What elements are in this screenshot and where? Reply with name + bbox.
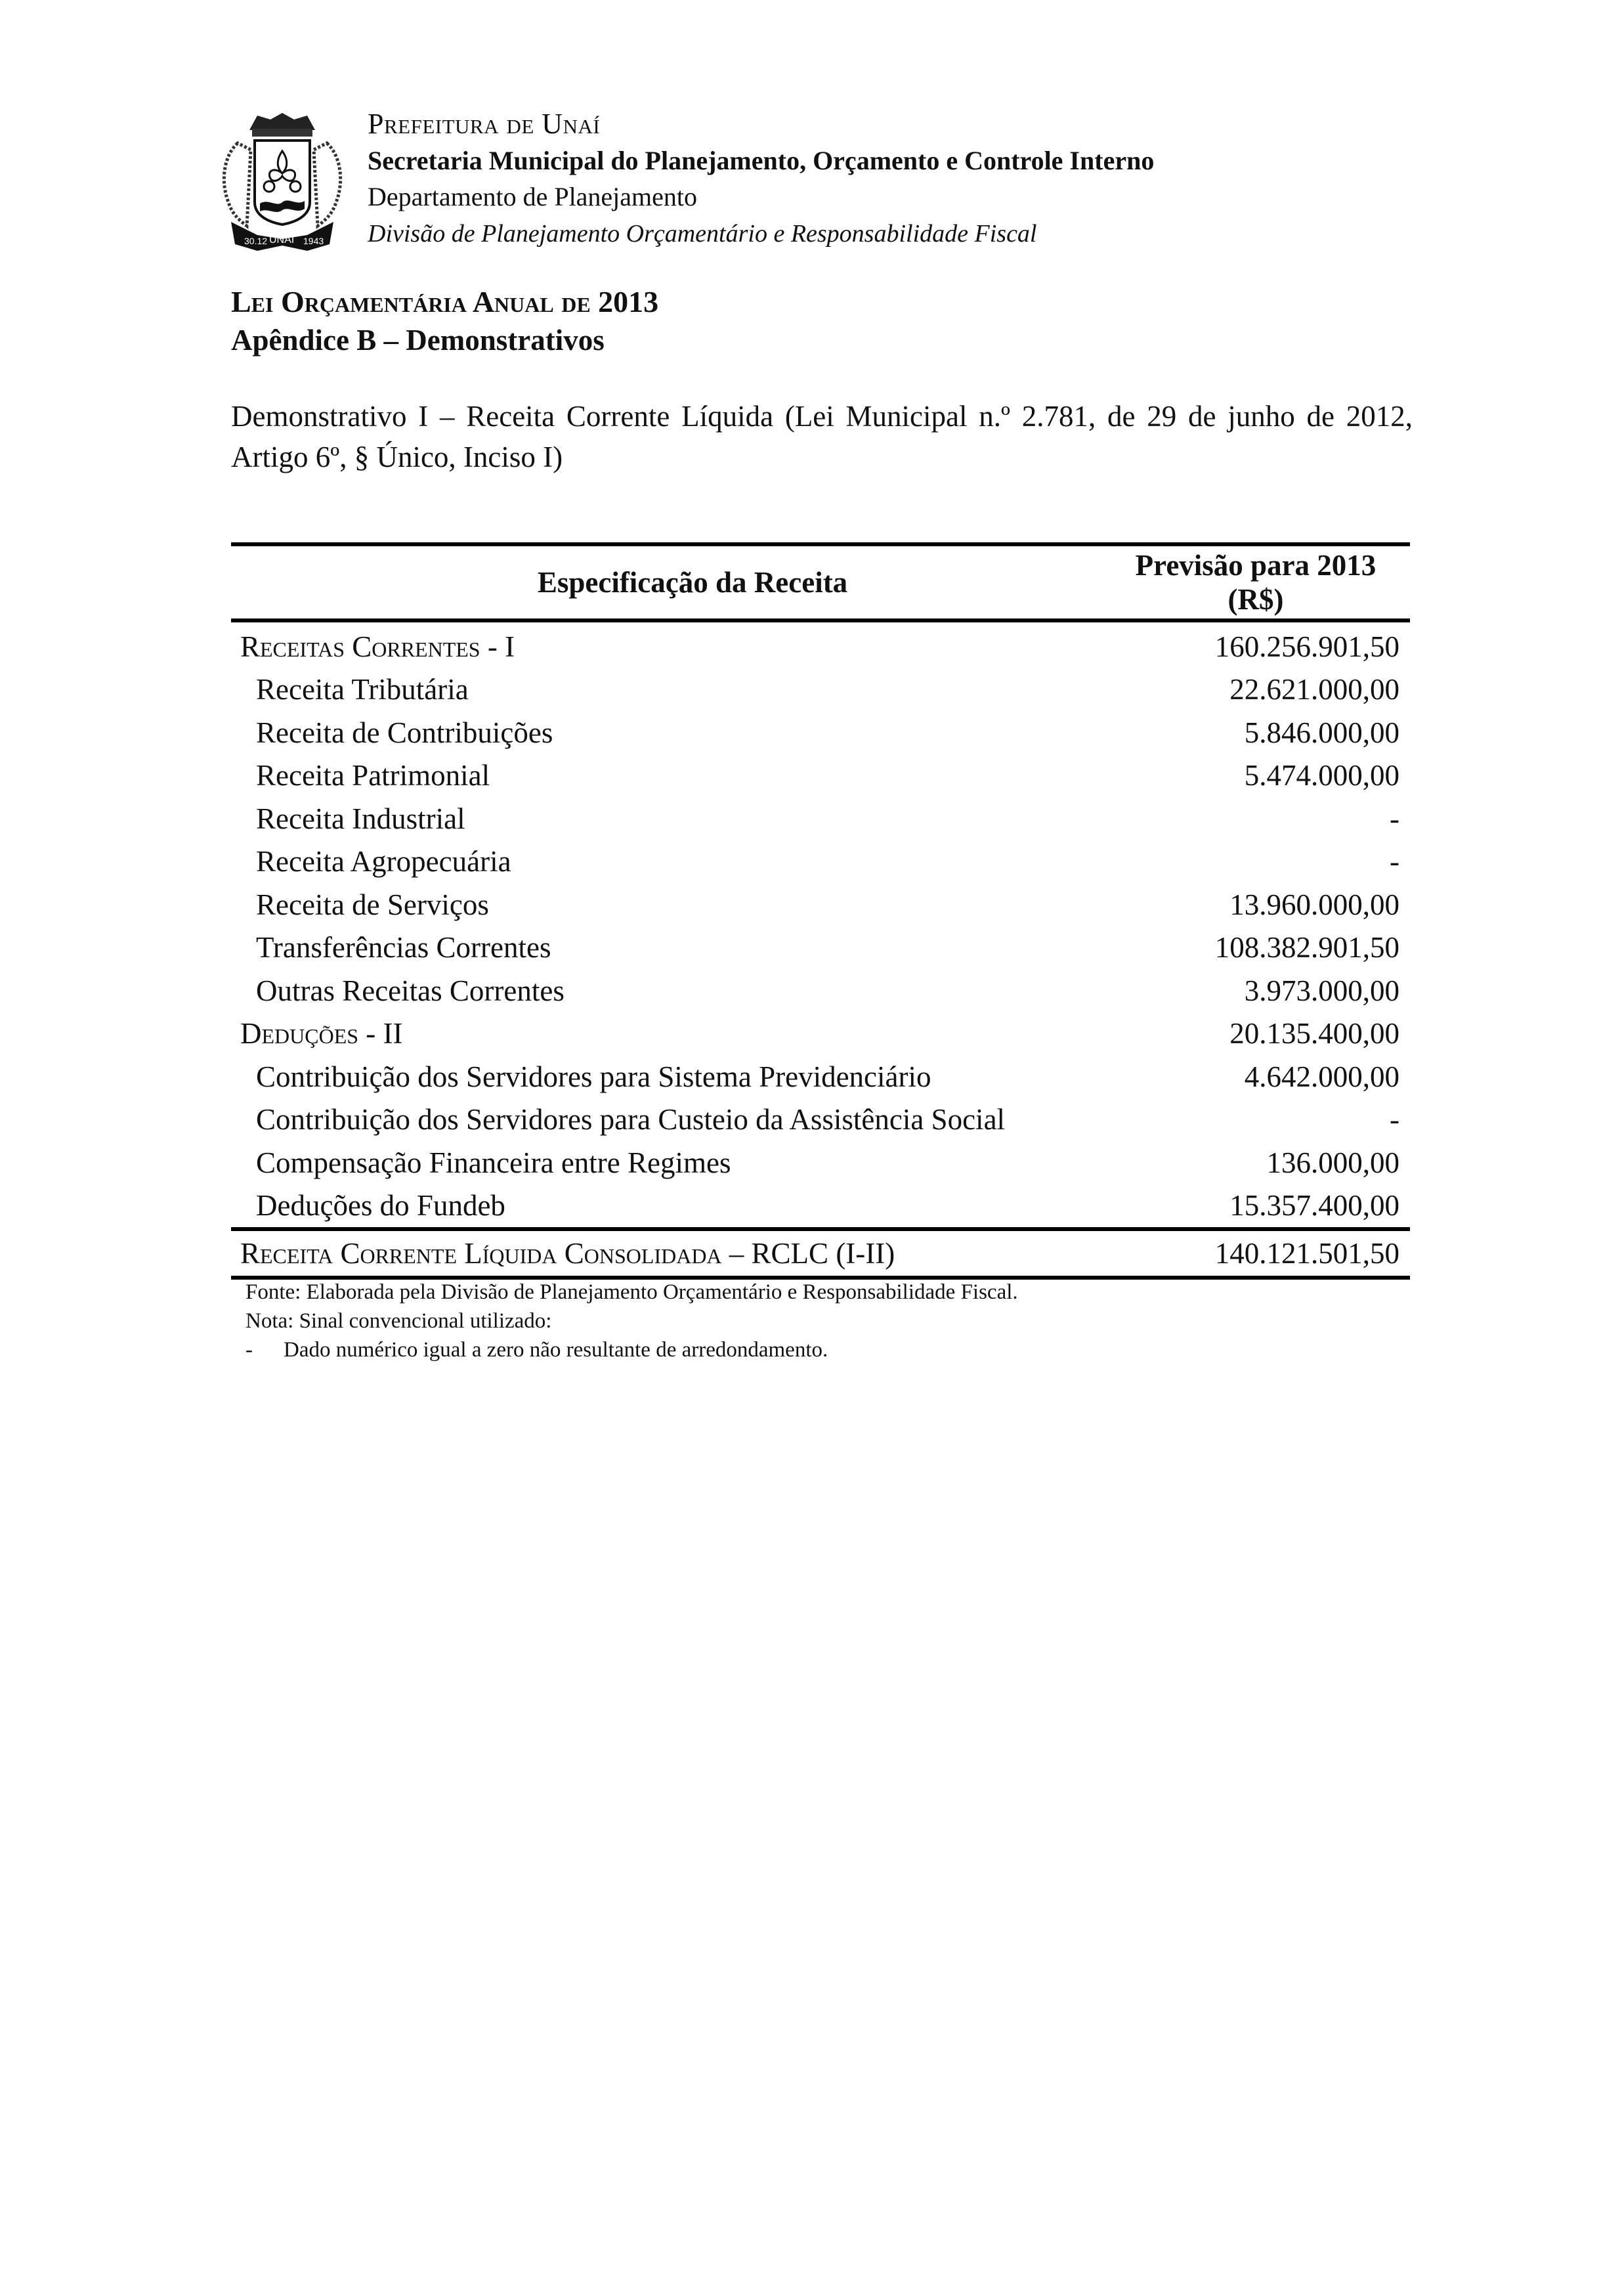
- municipal-coat-of-arms-icon: 30.12 UNAÍ 1943: [218, 110, 347, 253]
- legend-symbol: -: [245, 1335, 284, 1364]
- table-total-row: Receita Corrente Líquida Consolidada – R…: [231, 1231, 1410, 1276]
- convention-legend: - Dado numérico igual a zero não resulta…: [245, 1335, 1018, 1364]
- row-label: Deduções - II: [231, 1016, 1101, 1051]
- header-forecast-line2: (R$): [1101, 582, 1410, 617]
- row-label: Deduções do Fundeb: [231, 1188, 1101, 1223]
- table-row: Receita Agropecuária-: [231, 840, 1410, 884]
- row-label: Receita Industrial: [231, 802, 1101, 836]
- secretariat-name: Secretaria Municipal do Planejamento, Or…: [368, 143, 1154, 179]
- total-value: 140.121.501,50: [1101, 1236, 1410, 1270]
- row-label: Receitas Correntes - I: [231, 630, 1101, 664]
- row-value: 136.000,00: [1101, 1146, 1410, 1180]
- row-value: 13.960.000,00: [1101, 888, 1410, 922]
- convention-note: Nota: Sinal convencional utilizado:: [245, 1307, 1018, 1335]
- table-row: Receita Tributária22.621.000,00: [231, 668, 1410, 712]
- row-label: Contribuição dos Servidores para Custeio…: [231, 1102, 1101, 1137]
- row-label: Receita Agropecuária: [231, 844, 1101, 878]
- row-value: 4.642.000,00: [1101, 1060, 1410, 1094]
- row-value: 3.973.000,00: [1101, 974, 1410, 1008]
- row-label: Receita de Contribuições: [231, 716, 1101, 750]
- table-row: Deduções do Fundeb15.357.400,00: [231, 1184, 1410, 1228]
- division-name: Divisão de Planejamento Orçamentário e R…: [368, 215, 1154, 252]
- row-label: Receita Patrimonial: [231, 758, 1101, 792]
- statement-caption: Demonstrativo I – Receita Corrente Líqui…: [231, 396, 1413, 477]
- table-body: Receitas Correntes - I160.256.901,50Rece…: [231, 622, 1410, 1227]
- table-header: Especificação da Receita Previsão para 2…: [231, 546, 1410, 618]
- row-label: Receita Tributária: [231, 672, 1101, 706]
- row-label: Compensação Financeira entre Regimes: [231, 1146, 1101, 1180]
- row-label: Transferências Correntes: [231, 930, 1101, 964]
- revenue-table: Especificação da Receita Previsão para 2…: [231, 542, 1410, 1280]
- total-label: Receita Corrente Líquida Consolidada – R…: [231, 1236, 1101, 1270]
- table-row: Receita Patrimonial5.474.000,00: [231, 754, 1410, 798]
- row-value: -: [1101, 802, 1410, 836]
- city-hall-title: Prefeitura de Unaí: [368, 105, 1154, 143]
- table-row: Transferências Correntes108.382.901,50: [231, 926, 1410, 970]
- row-value: 5.846.000,00: [1101, 716, 1410, 750]
- table-row: Receita de Serviços13.960.000,00: [231, 883, 1410, 926]
- row-label: Outras Receitas Correntes: [231, 974, 1101, 1008]
- source-note: Fonte: Elaborada pela Divisão de Planeja…: [245, 1278, 1018, 1307]
- row-value: -: [1101, 844, 1410, 878]
- row-value: 22.621.000,00: [1101, 672, 1410, 706]
- legend-text: Dado numérico igual a zero não resultant…: [284, 1335, 828, 1364]
- appendix-title: Apêndice B – Demonstrativos: [231, 322, 605, 358]
- table-row: Receita de Contribuições5.846.000,00: [231, 711, 1410, 754]
- svg-text:UNAÍ: UNAÍ: [269, 233, 295, 246]
- department-name: Departamento de Planejamento: [368, 179, 1154, 215]
- table-row: Receita Industrial-: [231, 797, 1410, 840]
- table-row: Contribuição dos Servidores para Custeio…: [231, 1098, 1410, 1142]
- svg-text:1943: 1943: [303, 236, 324, 246]
- row-label: Receita de Serviços: [231, 888, 1101, 922]
- row-value: 15.357.400,00: [1101, 1188, 1410, 1223]
- row-value: 20.135.400,00: [1101, 1016, 1410, 1051]
- table-row: Contribuição dos Servidores para Sistema…: [231, 1055, 1410, 1098]
- row-value: 5.474.000,00: [1101, 758, 1410, 792]
- header-specification: Especificação da Receita: [231, 565, 1101, 599]
- table-group-row: Receitas Correntes - I160.256.901,50: [231, 625, 1410, 668]
- row-label: Contribuição dos Servidores para Sistema…: [231, 1060, 1101, 1094]
- header-forecast: Previsão para 2013 (R$): [1101, 548, 1410, 617]
- table-row: Compensação Financeira entre Regimes136.…: [231, 1141, 1410, 1184]
- table-notes: Fonte: Elaborada pela Divisão de Planeja…: [245, 1278, 1018, 1364]
- header-forecast-line1: Previsão para 2013: [1101, 548, 1410, 582]
- row-value: 108.382.901,50: [1101, 930, 1410, 964]
- row-value: -: [1101, 1102, 1410, 1137]
- table-row: Outras Receitas Correntes3.973.000,00: [231, 969, 1410, 1012]
- svg-text:30.12: 30.12: [244, 236, 267, 246]
- law-title: Lei Orçamentária Anual de 2013: [231, 284, 658, 320]
- table-group-row: Deduções - II20.135.400,00: [231, 1012, 1410, 1056]
- letterhead: Prefeitura de Unaí Secretaria Municipal …: [368, 105, 1154, 252]
- row-value: 160.256.901,50: [1101, 630, 1410, 664]
